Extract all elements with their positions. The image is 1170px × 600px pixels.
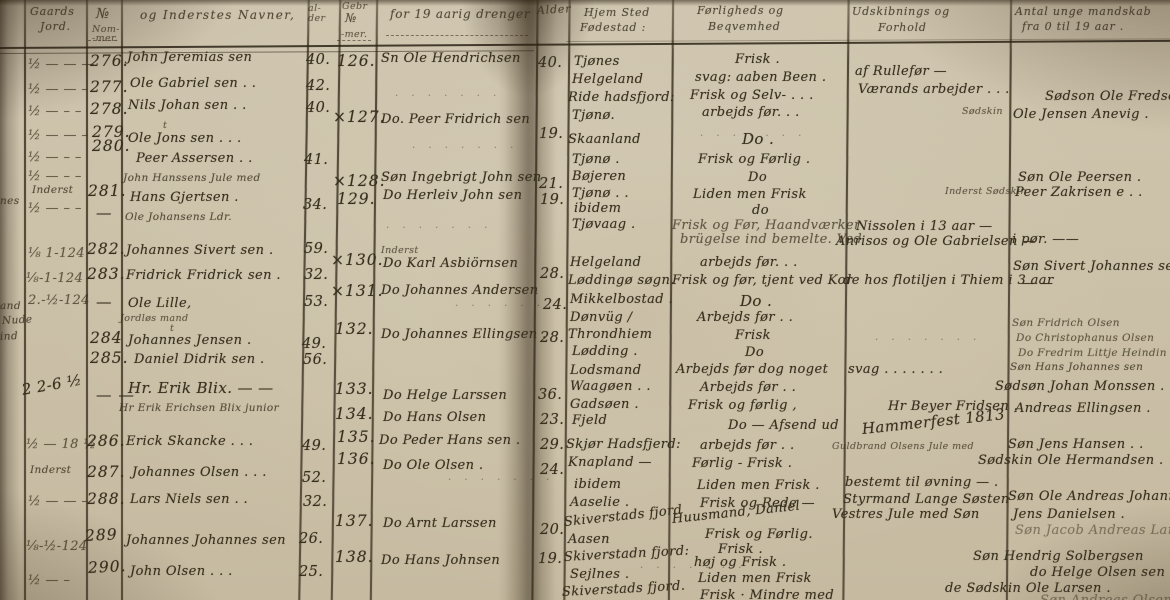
margin-fragment: ind — [0, 330, 18, 343]
son-name-note: Inderst — [381, 245, 419, 256]
remark-note: Søn Jens Hansen . . — [1008, 437, 1144, 452]
age-value: 52. — [302, 470, 326, 486]
son-name: Do Ole Olsen . — [383, 458, 483, 473]
age-value: 49. — [302, 438, 326, 454]
ink-dots: . . . . . . . — [395, 88, 501, 99]
ink-tick: t — [170, 323, 174, 334]
remark-note: Do Fredrim Littje Heindin Hr — [1018, 347, 1170, 359]
farm-share-mark: 2 2-6 ½ — [20, 371, 83, 399]
header-jord-line1: Gaards — [30, 5, 75, 18]
roll-number: 280. — [92, 137, 131, 155]
levy-number: 135. — [337, 428, 376, 446]
levy-number: 134. — [335, 405, 374, 423]
birthplace: Aasen — [568, 532, 610, 547]
farm-share-mark: ⅛-1-124 — [26, 271, 83, 286]
birthplace: Tjønø . — [572, 152, 620, 167]
birthplace: Gadsøen . — [570, 397, 639, 412]
condition-note: Do . — [740, 292, 772, 310]
condition-note: Liden men Frisk . — [697, 478, 820, 493]
ink-dots: . . . . . . . — [448, 472, 554, 483]
birthplace: Mikkelbostad . — [570, 292, 673, 307]
age-value: 53. — [304, 294, 328, 310]
head-name: John Olsen . . . — [130, 564, 233, 579]
levy-number: 136. — [337, 450, 376, 468]
birthplace: Throndhiem — [568, 327, 652, 342]
margin-fragment: Nude — [2, 313, 33, 327]
dashed-rule — [337, 40, 371, 41]
age-value: 26. — [299, 531, 323, 547]
head-name: Johannes Olsen . . . — [132, 465, 267, 480]
ink-tick: t — [163, 120, 167, 131]
levy-number: 129. — [337, 190, 376, 208]
farm-share-mark: ⅛ 1-124 — [28, 246, 85, 261]
birthplace: Tjønø. — [572, 108, 615, 123]
header-condition-line1: Førligheds og — [697, 4, 784, 17]
header-birthplace-line2: Fødestad : — [580, 21, 646, 34]
son-name: Do Hans Olsen — [383, 410, 486, 425]
header-number-line3: -mer. — [92, 33, 118, 44]
roll-number: 281. — [88, 182, 127, 200]
age-value: 40. — [306, 100, 330, 116]
age-value: 40. — [306, 52, 330, 68]
head-name: Peer Assersen . . — [136, 151, 253, 166]
condition-note: arbejds før. . . — [700, 255, 798, 270]
manuscript-page: Gaards Jord. № Nom- -mer. og Inderstes N… — [0, 0, 1170, 600]
column-rule — [331, 0, 341, 600]
head-name: John Hanssens Jule med — [123, 172, 261, 184]
remark-note: af Rullefør — — [855, 64, 947, 79]
margin-fragment: nes — [0, 195, 20, 207]
head-name: Ole Jons sen . . . — [128, 131, 242, 146]
roll-number: 286. — [87, 432, 126, 450]
son-name: Do Arnt Larssen — [383, 516, 497, 531]
farm-share-mark: Inderst — [32, 184, 73, 196]
remark-note: Vestres Jule med Søn — [832, 507, 980, 522]
header-jord-line2: Jord. — [40, 20, 71, 33]
son-age: 19. — [539, 126, 563, 142]
remark-note: Sødskin Ole Hermandsen . — [978, 453, 1164, 468]
birthplace: Dønvüg / — [570, 310, 632, 325]
levy-number: ×127. — [333, 108, 386, 126]
roll-number: 277. — [90, 78, 129, 96]
son-name: Do Helge Larssen — [383, 388, 507, 403]
head-name: Ole Lille, — [128, 296, 192, 311]
ink-dots: . . . . . . . — [386, 220, 492, 231]
remark-note: Ole Jensen Anevig . — [1013, 107, 1149, 122]
age-value: 25. — [299, 564, 323, 580]
head-name: Daniel Didrik sen . — [134, 352, 265, 367]
remark-note: Nissolen i 13 aar — — [856, 219, 992, 234]
condition-note: Arbejds før dog noget — [676, 362, 828, 377]
head-name: Ole Johansens Ldr. — [125, 211, 232, 223]
remark-note: Guldbrand Olsens Jule med — [832, 441, 974, 452]
condition-note: do — [752, 203, 769, 218]
roll-number: 282. — [87, 240, 126, 258]
birthplace: Aaselie . — [570, 495, 629, 510]
condition-note: arbejds før . . — [700, 438, 795, 453]
header-condition-line2: Beqvemhed — [708, 20, 781, 33]
roll-number: 276. — [90, 52, 129, 70]
ink-dots: . . . . . . . — [700, 128, 806, 139]
head-name: Nils Johan sen . . — [128, 98, 247, 113]
age-value: 34. — [303, 197, 327, 213]
condition-note: Do — Afsend ud — [728, 418, 839, 433]
remark-note: bestemt til øvning — . — [845, 475, 999, 490]
remark-note: Søn Sivert Johannes sen — [1013, 259, 1170, 274]
roll-number: — — [96, 204, 113, 222]
condition-note: Førlig - Frisk . — [692, 456, 792, 471]
remark-note: Styrmand Lange Søsten — [843, 492, 1010, 507]
remark-note: Søn Ole Peersen . — [1018, 170, 1141, 185]
remark-note: Do Christophanus Olsen — [1016, 332, 1154, 344]
son-age: 28. — [540, 330, 564, 346]
condition-note: Frisk og førlig , — [688, 398, 797, 413]
farm-share-mark: ⅛-½-124 — [26, 539, 88, 554]
son-name: Do Herleiv John sen — [383, 188, 522, 203]
levy-number: 132. — [335, 320, 374, 338]
son-name: Do Hans Johnsen — [381, 553, 500, 568]
age-value: 42. — [306, 78, 330, 94]
farm-share-mark: ½ — — – — [28, 494, 88, 509]
levy-number: ×128. — [333, 172, 386, 190]
condition-note: Frisk og Førlig. — [705, 527, 813, 542]
birthplace: Bøjeren — [572, 169, 626, 184]
birthplace: ibidem — [574, 201, 621, 216]
head-name: Johannes Sivert sen . — [126, 243, 273, 258]
farm-share-mark: Inderst — [30, 464, 71, 476]
header-names: og Inderstes Navner, — [140, 8, 295, 22]
header-age-b: Alder — [537, 2, 572, 17]
head-name: Fridrick Fridrick sen . — [126, 268, 281, 283]
remark-note: Søn Fridrich Olsen — [1012, 317, 1120, 329]
remark-note: Sødsøn Johan Monssen . — [995, 379, 1165, 394]
remark-note: Søn Hendrig Solbergsen — [973, 549, 1144, 564]
birthplace: Helgeland — [572, 72, 643, 87]
condition-note: svag: aaben Been . — [695, 70, 826, 85]
son-age: 28. — [540, 266, 564, 282]
ink-dots: . . . . . . . — [412, 140, 518, 151]
farm-share-mark: ½ — – – — [28, 201, 82, 216]
condition-note: Do — [748, 170, 767, 185]
head-name: Johannes Johannes sen — [126, 533, 286, 548]
birthplace: Knapland — — [568, 455, 652, 470]
levy-number: ×130. — [331, 251, 384, 269]
roll-number: 285. — [90, 349, 129, 367]
levy-number: 138. — [335, 548, 374, 566]
condition-note: Frisk og Selv- . . . — [690, 88, 814, 103]
farm-share-mark: ½ — – – — [28, 104, 82, 119]
farm-share-mark: ½ — — — — [28, 57, 95, 72]
header-service-line2: Forhold — [878, 21, 927, 34]
header-number-symbol: № — [96, 6, 110, 22]
header-levy-symbol: № — [345, 11, 357, 25]
remark-note: Anrisos og Ole Gabrielsen — — [836, 234, 1036, 249]
farm-share-mark: ½ — — – — [28, 128, 88, 143]
condition-note: Frisk og Før, Haandværker — [672, 218, 861, 233]
age-value: 56. — [303, 352, 327, 368]
remark-note: Søn Ole Andreas Johannes — [1008, 489, 1170, 504]
header-boys: for 19 aarig drenger — [390, 7, 530, 21]
birthplace: Lødding . — [572, 344, 638, 359]
head-name: Ole Gabriel sen . . — [130, 76, 256, 91]
birthplace: ibidem — [574, 477, 621, 492]
head-name: Lars Niels sen . . — [130, 492, 248, 507]
remark-note: Sødskin — [962, 106, 1003, 117]
son-age: 23. — [540, 412, 564, 428]
head-name: John Jeremias sen — [127, 50, 252, 65]
roll-number: 290. — [88, 557, 127, 577]
son-age: 19. — [540, 192, 564, 208]
age-value: 49. — [302, 336, 326, 352]
remark-note: Sødson Ole Fredsen . — [1045, 89, 1170, 104]
levy-number: 126. — [337, 52, 376, 70]
condition-note: brügelse ind bemelte. Ved — [680, 232, 862, 247]
header-birthplace-line1: Hjem Sted — [584, 6, 650, 19]
remark-note: Peer Zakrisen e . . — [1015, 185, 1143, 200]
birthplace: Waagøen . . — [570, 379, 651, 394]
birthplace: Tjønø . . — [572, 186, 629, 201]
condition-note: Frisk og før, tjent ved Kor — [672, 273, 852, 288]
condition-note: Frisk · Mindre med — [700, 588, 834, 600]
roll-number: — — [96, 293, 113, 311]
roll-number: 288. — [87, 490, 126, 508]
remark-note: Søn Jacob Andreas Larsen — [1015, 523, 1170, 538]
margin-fragment: and — [0, 300, 21, 312]
birthplace: Skjør Hadsfjerd: — [566, 437, 681, 452]
head-name: Hr Erik Erichsen Blix junior — [119, 402, 279, 414]
roll-number: 283. — [87, 265, 126, 283]
roll-number: 289 — [85, 525, 118, 545]
remark-note: do Helge Olsen sen — [1030, 565, 1165, 580]
birthplace: Skaanland — [568, 132, 641, 147]
condition-note: Liden men Frisk — [693, 187, 807, 202]
condition-note: Liden men Frisk — [698, 571, 812, 586]
son-name: Sn Ole Hendrichsen — [381, 51, 521, 66]
birthplace: Fjeld — [572, 413, 607, 428]
remark-note: Søn Andreas Olsen — — [1040, 593, 1170, 600]
remark-note: i pør. —— — [1012, 232, 1079, 247]
head-name: Hans Gjertsen . — [130, 190, 239, 205]
head-name: Erick Skancke . . . — [126, 434, 253, 449]
head-name: Johannes Jensen . — [128, 333, 251, 348]
header-count-line1: Antal unge mandskab — [1015, 5, 1151, 18]
levy-number: 133. — [335, 380, 374, 398]
farm-share-mark: 2.-½-124 — [28, 293, 90, 308]
roll-number: 278. — [90, 100, 129, 118]
condition-note: Arbejds før . . — [700, 380, 796, 395]
condition-note: Arbejds før . . — [697, 310, 793, 325]
son-name: Søn Ingebrigt John sen — [381, 170, 542, 185]
header-service-line1: Udskibnings og — [852, 5, 950, 18]
son-name: Do Peder Hans sen . — [379, 433, 520, 448]
header-age-line2: der — [308, 13, 325, 24]
ink-dots: . . . . . . . — [640, 560, 746, 571]
dashed-rule — [386, 35, 528, 36]
head-name-note: Jordløs mand — [120, 313, 188, 324]
age-value: 59. — [304, 241, 328, 257]
son-age: 40. — [538, 55, 562, 71]
farm-share-mark: ½ — 18 ½ — [26, 437, 96, 452]
birthplace: Tjønes — [574, 54, 620, 69]
age-value: 32. — [304, 267, 328, 283]
birthplace: Sejlnes . — [570, 567, 629, 582]
levy-number: ×131. — [331, 282, 384, 300]
son-age: 21. — [539, 176, 563, 192]
levy-number: 137. — [335, 512, 374, 530]
roll-number: 284 — [90, 329, 123, 347]
condition-note: Frisk og Førlig . — [698, 152, 810, 167]
remark-note: de hos flotiljen i Thiem i 3 aar — [843, 273, 1054, 288]
birthplace: Helgeland — [570, 255, 641, 270]
birthplace: Lodsmand — [570, 363, 641, 378]
son-age: 29. — [540, 437, 564, 453]
farm-share-mark: ½ — — – — [28, 82, 88, 97]
son-name: Do Johannes Andersen — [381, 283, 539, 298]
son-name: Do Karl Asbiörnsen — [383, 256, 518, 271]
birthplace: Løddingø søgn. — [568, 273, 675, 288]
ink-dots: . . . . . . . — [875, 332, 981, 343]
farm-share-mark: ½ — – – — [28, 169, 82, 184]
age-value: 32. — [303, 494, 327, 510]
condition-note: arbejds før. . . — [702, 105, 800, 120]
ink-dots: . . . . . . . — [455, 298, 561, 309]
son-age: 20. — [540, 522, 564, 538]
remark-note: Jens Danielsen . — [1013, 507, 1125, 522]
farm-share-mark: ½ — – – — [28, 150, 82, 165]
condition-note: Frisk . — [735, 52, 780, 67]
farm-share-mark: ½ — – — [28, 573, 70, 588]
son-name: Do. Peer Fridrich sen — [381, 112, 530, 127]
condition-note: Frisk — [735, 328, 771, 343]
son-age: 36. — [538, 387, 562, 403]
birthplace: Ride hadsfjord: — [568, 90, 675, 105]
condition-note: Do — [745, 345, 764, 360]
remark-note: svag . . . . . . . — [848, 362, 943, 377]
remark-note: Søn Hans Johannes sen — [1010, 361, 1143, 373]
remark-note: Værands arbejder . . . — [858, 82, 1010, 97]
header-count-line2: fra 0 til 19 aar . — [1022, 20, 1124, 33]
header-levy-line3: -mer. — [341, 29, 367, 40]
remark-note: Andreas Ellingsen . — [1015, 401, 1151, 416]
column-rule — [24, 0, 26, 600]
roll-number: 287. — [87, 463, 126, 481]
age-value: 41. — [304, 152, 328, 168]
head-name: Hr. Erik Blix. — — — [128, 379, 274, 397]
son-age: 19. — [538, 551, 562, 567]
birthplace: Tjøvaag . — [572, 217, 636, 232]
son-name: Do Johannes Ellingsen . — [381, 327, 547, 342]
